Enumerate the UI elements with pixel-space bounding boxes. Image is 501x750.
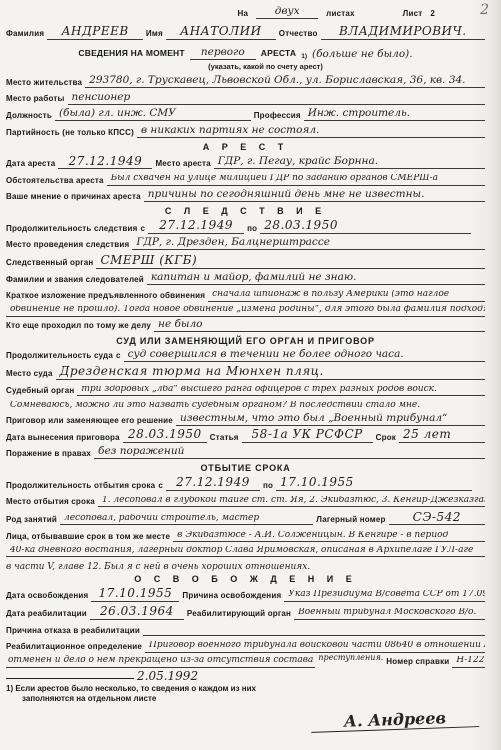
co-defendants-row: Кто еще проходил по тому же делу не было	[6, 319, 485, 332]
charge-line2: обвинение не прошло). Тогда новое обвине…	[6, 305, 485, 316]
rights-row: Поражение в правах без поражений	[6, 446, 485, 459]
charge-row: Краткое изложение предъявленного обвинен…	[6, 289, 485, 302]
investigation-to-value: 28.03.1950	[260, 219, 470, 234]
serving-place-value: 1. лесоповал в глубокой тайге ст. ст. Яя…	[98, 496, 485, 507]
investigation-organ-value: СМЕРШ (КГБ)	[96, 254, 485, 269]
arrest-date-label: Дата ареста	[6, 159, 55, 169]
investigation-from-label: с	[140, 224, 145, 234]
footnote-line2: заполняются на отдельном листе	[22, 694, 378, 704]
section-arrest-title: А Р Е С Т	[6, 142, 485, 152]
sheets-count-value: двух	[256, 6, 318, 19]
court-organ-line1: три здоровых „лба“ высшего ранга офицеро…	[77, 385, 485, 396]
rehab-date-value: 26.03.1964	[90, 605, 184, 620]
rehab-date-row: Дата реабилитации 26.03.1964 Реабилитиру…	[6, 605, 485, 620]
investigators-label: Фамилии и звания следователей	[6, 275, 144, 285]
court-duration-label: Продолжительность суда	[6, 351, 113, 361]
determination-label: Реабилитационное определение	[6, 642, 142, 652]
serving-place-label: Место отбытия срока	[6, 497, 95, 507]
serving-from-value: 27.12.1949	[166, 476, 260, 491]
footnote-line1: 1) Если арестов было несколько, то сведе…	[6, 684, 378, 694]
position-row: Должность (была) гл. инж. СМУ Профессия …	[6, 108, 485, 121]
scanned-arrest-record-form: 2 На двух листах Лист 2 Фамилия АНДРЕЕВ …	[0, 0, 501, 750]
charge-label: Краткое изложение предъявленного обвинен…	[6, 291, 205, 301]
surname-label: Фамилия	[6, 29, 44, 39]
refusal-label: Причина отказа в реабилитации	[6, 626, 140, 636]
sheet-number: 2	[430, 9, 435, 19]
term-value: 25 лет	[399, 428, 485, 443]
determination-row: Реабилитационное определение Приговор во…	[6, 640, 485, 653]
work-value: пенсионер	[68, 92, 486, 105]
profession-value: Инж. строитель.	[304, 108, 485, 121]
moment-note: (больше не было).	[312, 49, 413, 60]
residence-value: 293780, г. Трускавец, Львовской Обл., ул…	[85, 75, 485, 88]
release-reason-label: Причина освобождения	[182, 591, 281, 601]
residence-label: Место жительства	[6, 78, 82, 88]
which-arrest-value: первого	[190, 47, 256, 60]
determination-continued-row: отменен и дело о нем прекращено из-за от…	[6, 655, 485, 668]
investigators-row: Фамилии и звания следователей капитан и …	[6, 272, 485, 285]
position-label: Должность	[6, 111, 52, 121]
inmates-line3: в части V, главе 12. Был я с ней в очень…	[6, 563, 310, 572]
article-label: Статья	[210, 433, 239, 443]
investigation-duration-label: Продолжительность следствия	[6, 224, 137, 234]
footnote-ref: 1)	[301, 53, 307, 60]
investigation-place-value: ГДР, г. Дрезден, Балцнерштрассе	[132, 237, 485, 250]
court-from-label: с	[116, 351, 121, 361]
verdict-line: известным, что это был „Военный трибунал…	[176, 413, 485, 426]
investigation-to-label: по	[247, 224, 257, 234]
moment-suffix: АРЕСТА	[261, 49, 296, 60]
surname-value: АНДРЕЕВ	[47, 25, 143, 40]
serving-place-row: Место отбытия срока 1. лесоповал в глубо…	[6, 494, 485, 507]
investigators-value: капитан и майор, фамилий не знаю.	[147, 272, 485, 285]
court-organ-line2: Сомневаюсь, можно ли это назвать судебны…	[6, 401, 485, 411]
verdict-date-row: Дата вынесения приговора 28.03.1950 Стат…	[6, 428, 485, 443]
verdict-date-value: 28.03.1950	[123, 428, 207, 443]
patronymic-label: Отчество	[279, 29, 318, 39]
party-value: в никаких партиях не состоял.	[137, 125, 485, 138]
inmates-label: Лица, отбывавшие срок в том же месте	[6, 532, 170, 542]
arrest-opinion-label: Ваше мнение о причинах ареста	[6, 192, 141, 202]
certificate-value: Н-122, Москва Г-2, Арбат, 37	[452, 656, 485, 667]
inmates-row: Лица, отбывавшие срок в том же месте в Э…	[6, 529, 485, 542]
on-label: На	[238, 9, 249, 19]
occupation-value: лесоповал, рабочий строитель, мастер	[60, 514, 313, 525]
party-row: Партийность (не только КПСС) в никаких п…	[6, 125, 485, 138]
co-defendants-value: не было	[154, 319, 485, 332]
arrest-circumstances-label: Обстоятельства ареста	[6, 176, 104, 186]
investigation-place-label: Место проведения следствия	[6, 240, 129, 250]
section-court-title: СУД ИЛИ ЗАМЕНЯЮЩИЙ ЕГО ОРГАН И ПРИГОВОР	[6, 336, 485, 346]
rehab-date-label: Дата реабилитации	[6, 609, 87, 619]
handwritten-signature: А. Андреев	[311, 707, 480, 733]
work-label: Место работы	[6, 94, 65, 104]
inmates-continued-row-2: в части V, главе 12. Был я с ней в очень…	[6, 559, 485, 572]
moment-hint: (указать, какой по счету арест)	[46, 62, 485, 71]
patronymic-value: ВЛАДИМИРОВИЧ.	[321, 25, 485, 40]
serving-duration-row: Продолжительность отбытия срока с 27.12.…	[6, 476, 485, 491]
name-value: АНАТОЛИЙ	[166, 25, 276, 40]
release-date-value: 17.10.1955	[91, 587, 179, 602]
charge-continued-row: обвинение не прошло). Тогда новое обвине…	[6, 304, 485, 317]
moment-title-row: СВЕДЕНИЯ НА МОМЕНТ первого АРЕСТА 1) (бо…	[6, 47, 485, 60]
court-organ-label: Судебный орган	[6, 386, 74, 396]
determination-line1: Приговор военного трибунала войсковой ча…	[145, 641, 485, 652]
court-place-value: Дрезденская тюрма на Мюнхен пляц.	[56, 365, 485, 380]
rights-value: без поражений	[94, 446, 485, 459]
verdict-label: Приговор или заменяющее его решение	[6, 416, 173, 426]
serving-duration-label: Продолжительность отбытия срока	[6, 481, 155, 491]
footnote: 1) Если арестов было несколько, то сведе…	[6, 684, 378, 704]
refusal-row: Причина отказа в реабилитации	[6, 623, 485, 636]
section-release-title: О С В О Б О Ж Д Е Н И Е	[6, 574, 485, 584]
court-place-label: Место суда	[6, 369, 53, 379]
serving-to-label: по	[263, 481, 273, 491]
profession-label: Профессия	[254, 111, 301, 121]
release-date-label: Дата освобождения	[6, 591, 88, 601]
investigation-place-row: Место проведения следствия ГДР, г. Дрезд…	[6, 237, 485, 250]
refusal-value-empty	[143, 634, 485, 636]
arrest-opinion-value: причины по сегодняшний день мне не извес…	[144, 189, 485, 202]
arrest-place-label: Место ареста	[155, 159, 210, 169]
section-serving-title: ОТБЫТИЕ СРОКА	[6, 463, 485, 473]
arrest-circumstances-value: Был схвачен на улице милицией ГДР по зад…	[107, 174, 485, 185]
court-duration-row: Продолжительность суда с суд совершился …	[6, 349, 485, 362]
sheets-label: листах	[326, 9, 354, 19]
determination-line2: отменен и дело о нем прекращено из-за от…	[6, 656, 315, 667]
camp-number-value: СЭ-542	[389, 511, 485, 526]
header-row: На двух листах Лист 2	[6, 6, 435, 19]
occupation-label: Род занятий	[6, 515, 57, 525]
rights-label: Поражение в правах	[6, 449, 91, 459]
release-date-row: Дата освобождения 17.10.1955 Причина осв…	[6, 587, 485, 602]
investigation-duration-row: Продолжительность следствия с 27.12.1949…	[6, 219, 485, 234]
moment-prefix: СВЕДЕНИЯ НА МОМЕНТ	[78, 49, 184, 60]
arrest-opinion-row: Ваше мнение о причинах ареста причины по…	[6, 189, 485, 202]
release-reason-value: Указ Президиума В/совета ССР от 17.09.19…	[284, 590, 485, 601]
verdict-label-row: Приговор или заменяющее его решение изве…	[6, 413, 485, 426]
rehab-organ-value: Военный трибунал Московского В/о.	[294, 608, 485, 619]
arrest-date-value: 27.12.1949	[58, 155, 152, 170]
occupation-row: Род занятий лесоповал, рабочий строитель…	[6, 511, 485, 526]
work-row: Место работы пенсионер	[6, 92, 485, 105]
name-label: Имя	[146, 29, 163, 39]
investigation-from-value: 27.12.1949	[148, 219, 244, 234]
co-defendants-label: Кто еще проходил по тому же делу	[6, 321, 151, 331]
sign-date-value: 2.05.1992	[137, 670, 198, 683]
term-label: Срок	[376, 433, 396, 443]
footnote-separator-line	[6, 678, 134, 679]
inmates-line1: в Экибазтюсе - А.И. Солженицын. В Кенгир…	[173, 531, 485, 542]
arrest-date-row: Дата ареста 27.12.1949 Место ареста ГДР,…	[6, 155, 485, 170]
charge-line1: сначала шпионаж в пользу Америки (это на…	[208, 290, 485, 301]
arrest-circumstances-row: Обстоятельства ареста Был схвачен на ули…	[6, 173, 485, 186]
certificate-label: Номер справки	[386, 657, 449, 667]
investigation-organ-label: Следственный орган	[6, 258, 93, 268]
court-duration-value: суд совершился в течении не более одного…	[124, 349, 485, 362]
sheet-label: Лист	[403, 9, 423, 19]
court-organ-row: Судебный орган три здоровых „лба“ высшег…	[6, 383, 485, 396]
determination-insert: преступления.	[318, 653, 383, 662]
sign-date-row: 2.05.1992	[6, 670, 485, 683]
section-investigation-title: С Л Е Д С Т В И Е	[6, 206, 485, 216]
identity-row: Фамилия АНДРЕЕВ Имя АНАТОЛИЙ Отчество ВЛ…	[6, 25, 485, 40]
party-label: Партийность (не только КПСС)	[6, 128, 134, 138]
serving-from-label: с	[158, 481, 163, 491]
position-value: (была) гл. инж. СМУ	[55, 108, 251, 121]
serving-to-value: 17.10.1955	[276, 476, 472, 491]
inmates-continued-row: 40-ка дневного востания, лагерный доктор…	[6, 544, 485, 557]
verdict-date-label: Дата вынесения приговора	[6, 433, 120, 443]
arrest-place-value: ГДР, г. Пегау, крайс Борнна.	[214, 156, 485, 169]
residence-row: Место жительства 293780, г. Трускавец, Л…	[6, 75, 485, 88]
inmates-line2: 40-ка дневного востания, лагерный доктор…	[6, 546, 485, 557]
investigation-organ-row: Следственный орган СМЕРШ (КГБ)	[6, 254, 485, 269]
camp-number-label: Лагерный номер	[316, 515, 385, 525]
handwritten-corner-page-number: 2	[480, 2, 489, 18]
article-value: 58-1а УК РСФСР	[242, 428, 373, 443]
rehab-organ-label: Реабилитирующий орган	[187, 609, 291, 619]
court-place-row: Место суда Дрезденская тюрма на Мюнхен п…	[6, 365, 485, 380]
court-organ-continued-row: Сомневаюсь, можно ли это назвать судебны…	[6, 398, 485, 411]
